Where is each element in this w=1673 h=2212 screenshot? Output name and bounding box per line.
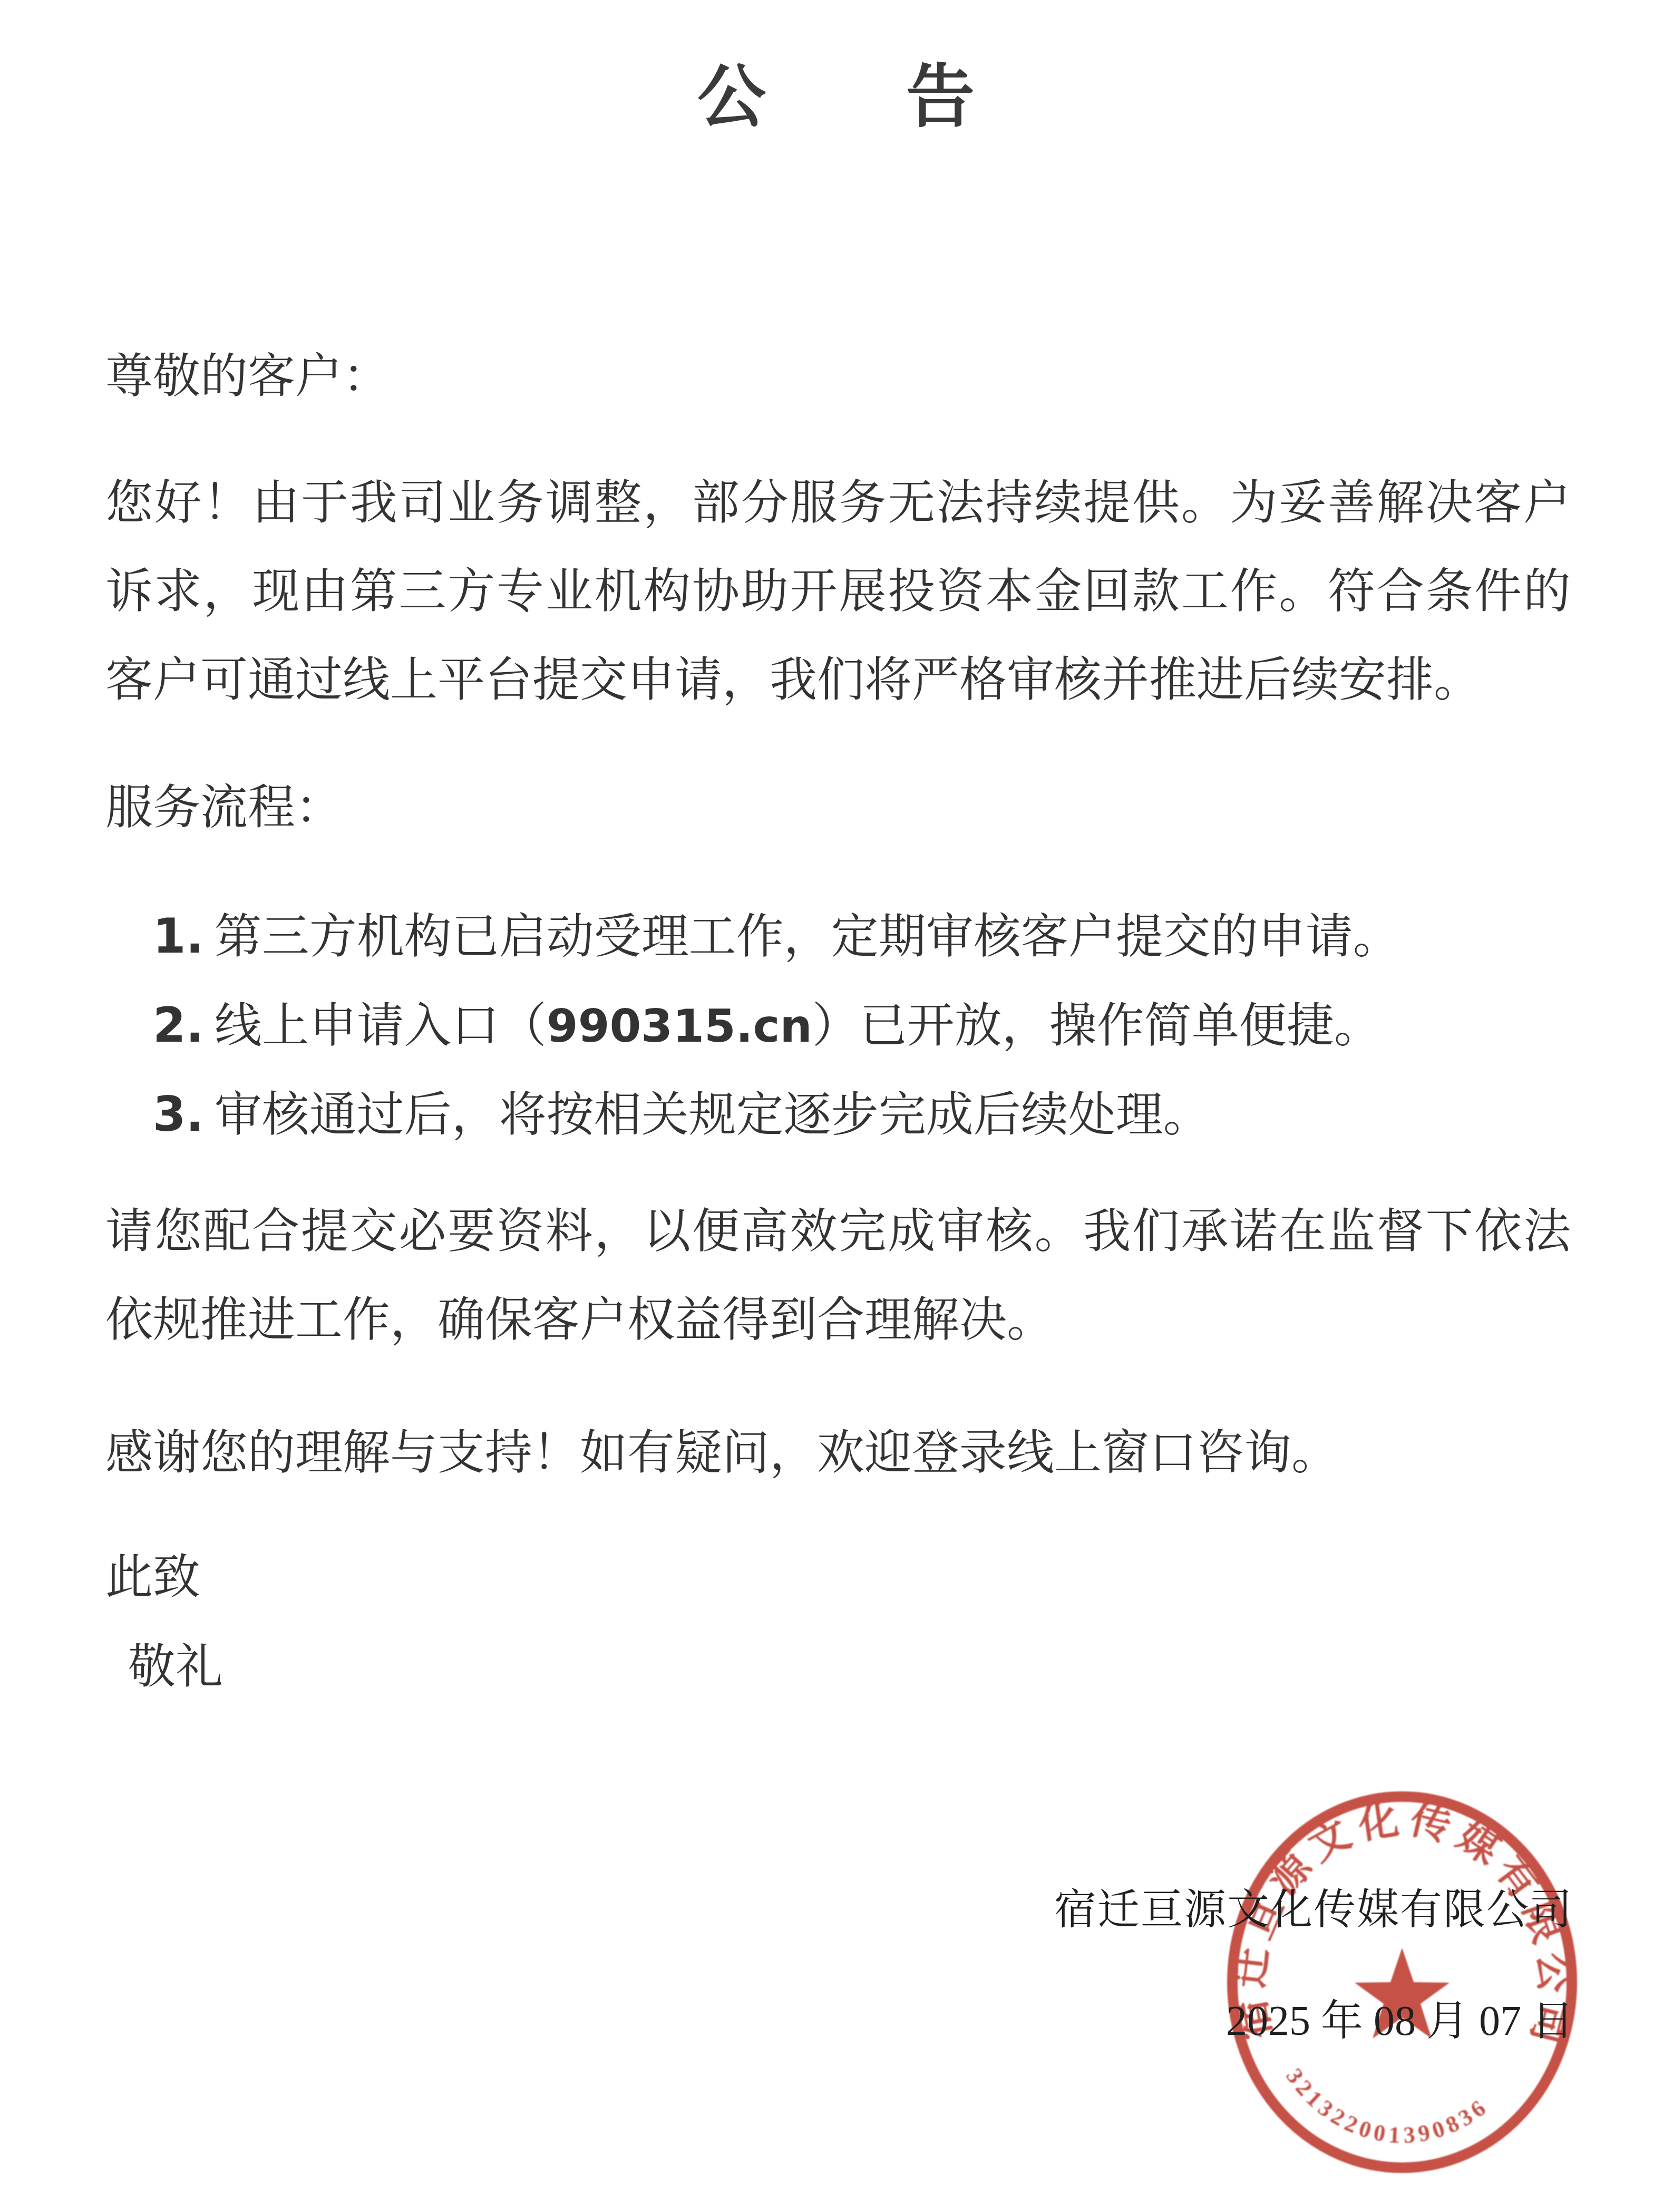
intro-line-2: 诉求，现由第三方专业机构协助开展投资本金回款工作。符合条件的 xyxy=(105,548,1571,636)
company-seal: 宿迁亘源文化传媒有限公司 321322001390836 xyxy=(1223,1787,1581,2177)
step-text: 审核通过后，将按相关规定逐步完成后续处理。 xyxy=(215,1089,1211,1141)
step-item-1: 1.第三方机构已启动受理工作，定期审核客户提交的申请。 xyxy=(153,892,1400,982)
intro-line-3: 客户可通过线上平台提交申请，我们将严格审核并推进后续安排。 xyxy=(105,636,1571,725)
page-title: 公 告 xyxy=(0,47,1673,148)
step-item-2: 2.线上申请入口（990315.cn）已开放，操作简单便捷。 xyxy=(153,982,1400,1071)
step-text: 第三方机构已启动受理工作，定期审核客户提交的申请。 xyxy=(215,911,1400,963)
intro-line-1: 您好！由于我司业务调整，部分服务无法持续提供。为妥善解决客户 xyxy=(105,459,1571,548)
step-text-after: ）已开放，操作简单便捷。 xyxy=(812,1000,1382,1052)
intro-paragraph: 您好！由于我司业务调整，部分服务无法持续提供。为妥善解决客户 诉求，现由第三方专… xyxy=(105,459,1571,725)
section-heading: 服务流程： xyxy=(105,764,343,852)
step-number: 3. xyxy=(153,1087,204,1142)
greeting: 尊敬的客户： xyxy=(105,333,390,421)
request-line-2: 依规推进工作，确保客户权益得到合理解决。 xyxy=(105,1276,1571,1365)
application-url: 990315.cn xyxy=(547,1000,812,1053)
step-number: 2. xyxy=(153,998,204,1053)
salute-jingli: 敬礼 xyxy=(128,1623,223,1712)
request-line-1: 请您配合提交必要资料，以便高效完成审核。我们承诺在监督下依法 xyxy=(105,1188,1571,1276)
service-steps-list: 1.第三方机构已启动受理工作，定期审核客户提交的申请。 2.线上申请入口（990… xyxy=(153,892,1400,1160)
step-item-3: 3.审核通过后，将按相关规定逐步完成后续处理。 xyxy=(153,1071,1400,1160)
signature-company-name: 宿迁亘源文化传媒有限公司 xyxy=(1054,1881,1573,1939)
request-paragraph: 请您配合提交必要资料，以便高效完成审核。我们承诺在监督下依法 依规推进工作，确保… xyxy=(105,1188,1571,1365)
signature-date: 2025 年 08 月 07 日 xyxy=(1226,1992,1574,2050)
step-number: 1. xyxy=(153,909,204,964)
announcement-page: 公 告 尊敬的客户： 您好！由于我司业务调整，部分服务无法持续提供。为妥善解决客… xyxy=(0,0,1673,2212)
thanks-line: 感谢您的理解与支持！如有疑问，欢迎登录线上窗口咨询。 xyxy=(105,1409,1339,1498)
step-text: 线上申请入口（ xyxy=(215,1000,547,1052)
salute-cizhi: 此致 xyxy=(105,1534,200,1622)
